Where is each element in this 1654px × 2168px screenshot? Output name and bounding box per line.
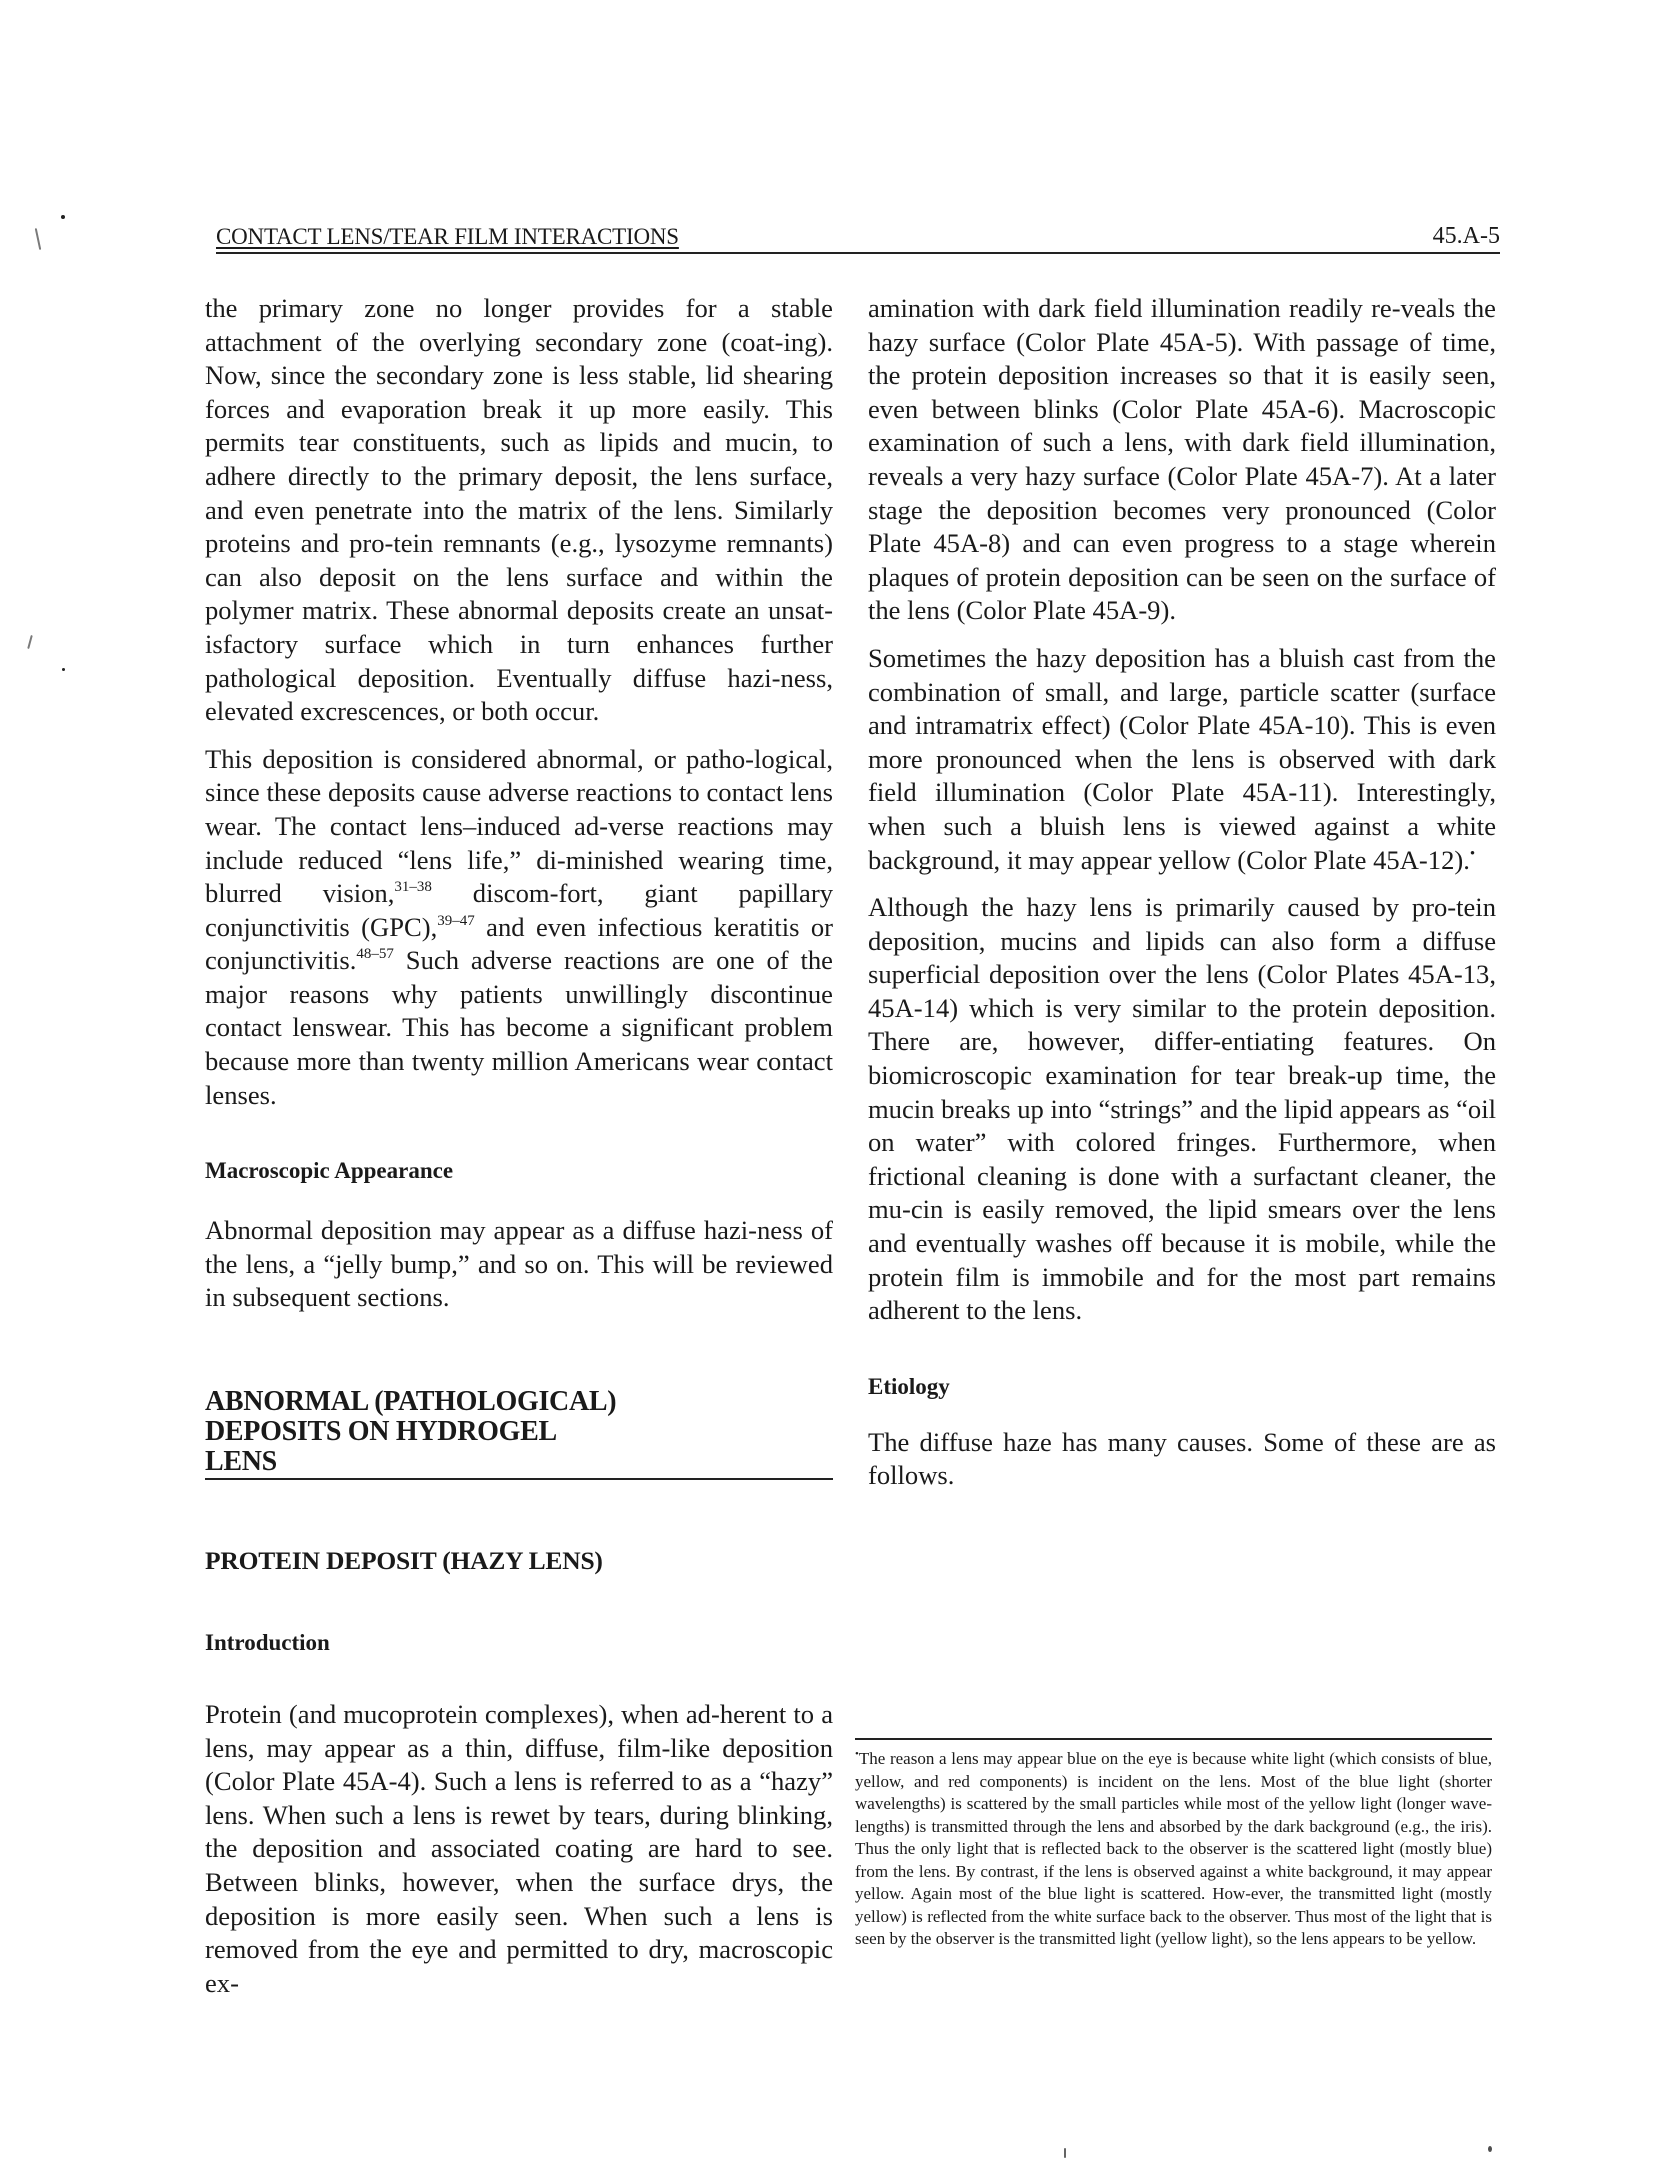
paragraph: Abnormal deposition may appear as a diff…: [205, 1214, 833, 1315]
paragraph: the primary zone no longer provides for …: [205, 292, 833, 729]
paragraph: This deposition is considered abnormal, …: [205, 743, 833, 1113]
page-number: 45.A-5: [1433, 223, 1500, 250]
citation-ref: 48–57: [356, 946, 394, 962]
right-column: amination with dark field illumination r…: [868, 292, 1496, 1493]
paragraph: amination with dark field illumination r…: [868, 292, 1496, 628]
paragraph: Sometimes the hazy deposition has a blui…: [868, 642, 1496, 877]
paragraph-text: Sometimes the hazy deposition has a blui…: [868, 643, 1496, 875]
scan-speck: [1064, 2148, 1066, 2158]
scan-speck: [61, 215, 65, 219]
footnote-body: The reason a lens may appear blue on the…: [855, 1749, 1492, 1948]
scan-speck: [27, 635, 33, 649]
footnote: •The reason a lens may appear blue on th…: [855, 1738, 1492, 1951]
major-heading-line: LENS: [205, 1447, 833, 1477]
paragraph: Although the hazy lens is primarily caus…: [868, 891, 1496, 1328]
paragraph: The diffuse haze has many causes. Some o…: [868, 1426, 1496, 1493]
footnote-marker[interactable]: •: [1470, 846, 1475, 862]
subheading-introduction: Introduction: [205, 1628, 833, 1658]
paragraph: Protein (and mucoprotein complexes), whe…: [205, 1698, 833, 2000]
major-heading: ABNORMAL (PATHOLOGICAL) DEPOSITS ON HYDR…: [205, 1387, 833, 1480]
running-head-title: CONTACT LENS/TEAR FILM INTERACTIONS: [216, 224, 679, 250]
running-head: CONTACT LENS/TEAR FILM INTERACTIONS 45.A…: [216, 222, 1500, 254]
major-heading-line: DEPOSITS ON HYDROGEL: [205, 1417, 833, 1447]
citation-ref: 31–38: [394, 879, 432, 895]
footnote-text: •The reason a lens may appear blue on th…: [855, 1748, 1492, 1951]
scan-speck: [1488, 2146, 1492, 2152]
major-heading-line: ABNORMAL (PATHOLOGICAL): [205, 1387, 833, 1417]
scan-speck: [62, 668, 65, 671]
section-heading: PROTEIN DEPOSIT (HAZY LENS): [205, 1546, 833, 1576]
left-column: the primary zone no longer provides for …: [205, 292, 833, 2000]
subheading-macroscopic: Macroscopic Appearance: [205, 1156, 833, 1186]
scan-speck: [35, 228, 42, 250]
subheading-etiology: Etiology: [868, 1372, 1496, 1402]
citation-ref: 39–47: [437, 913, 475, 929]
